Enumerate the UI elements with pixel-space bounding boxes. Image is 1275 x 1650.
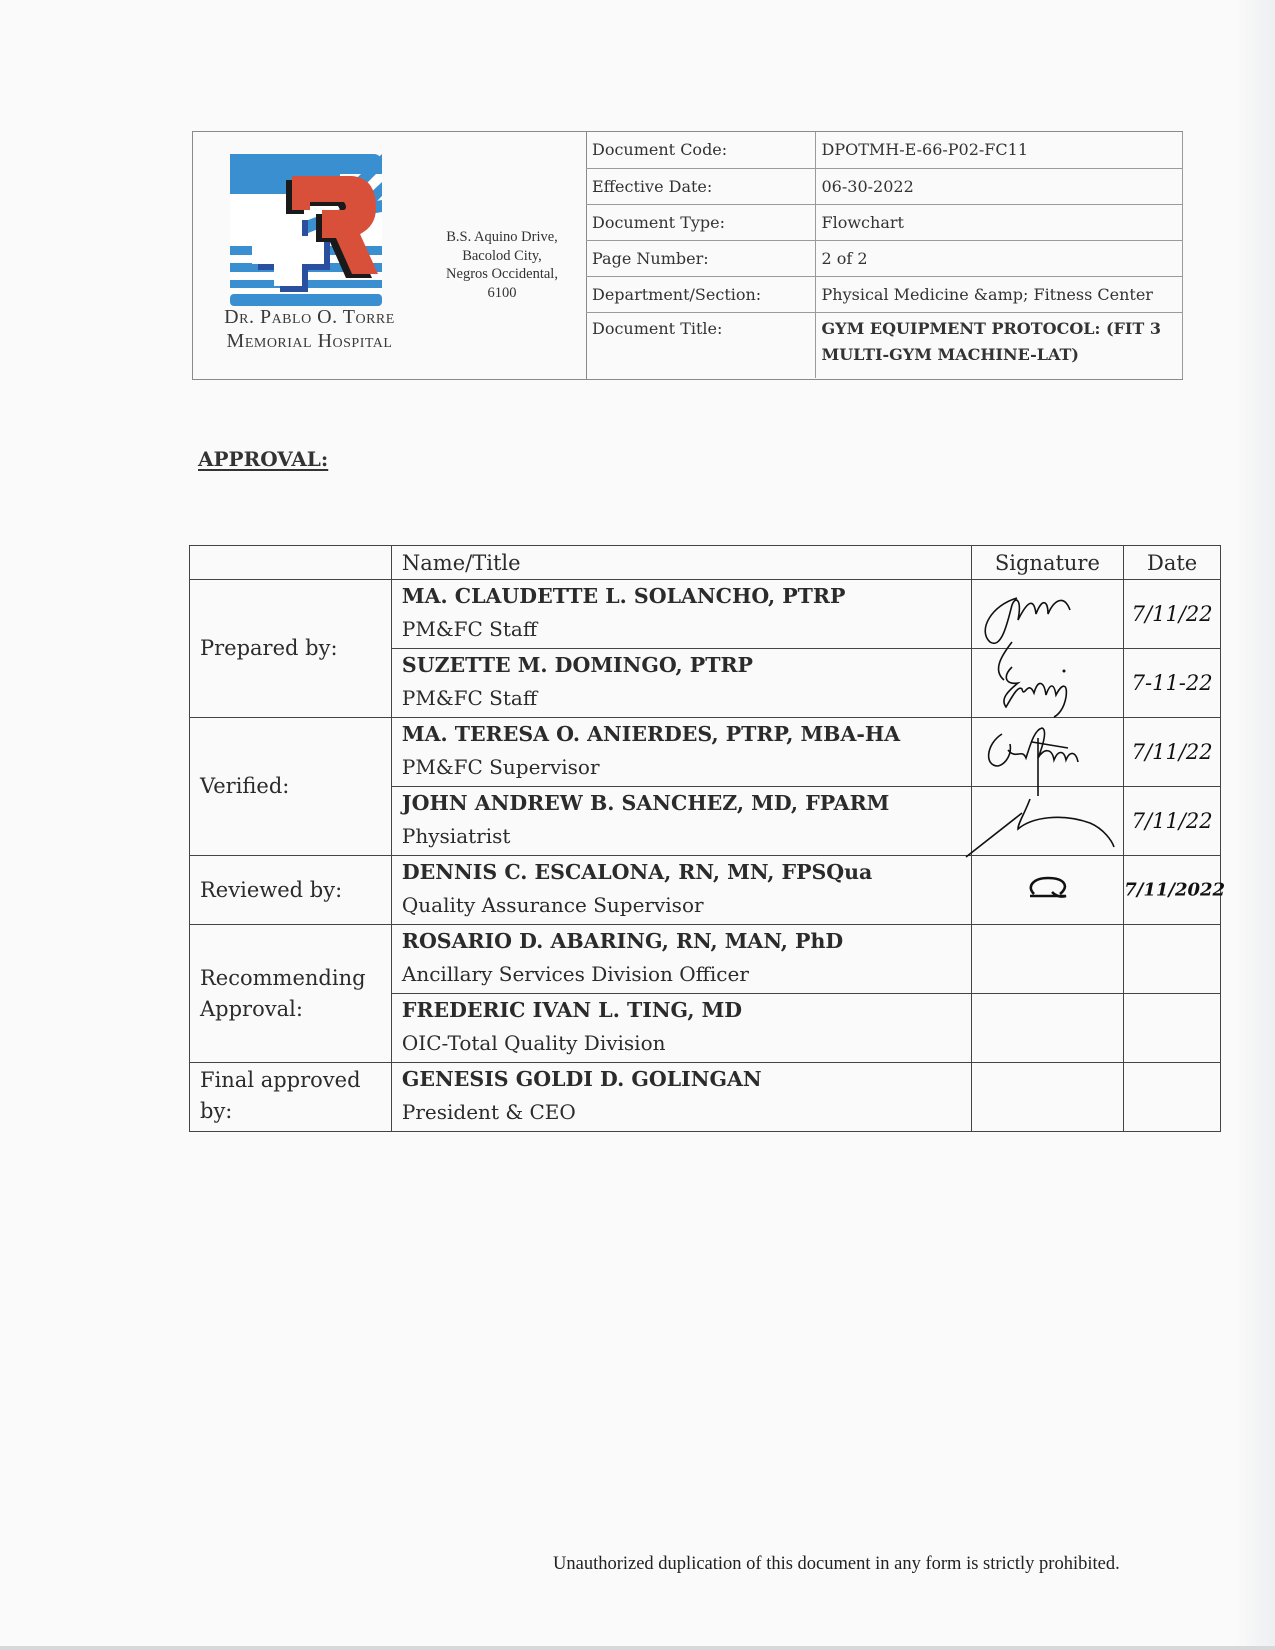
signatory: MA. TERESA O. ANIERDES, PTRP, MBA-HA PM&… [391, 718, 971, 787]
approval-table: Name/Title Signature Date Prepared by: M… [189, 545, 1221, 1132]
table-row: Reviewed by: DENNIS C. ESCALONA, RN, MN,… [190, 856, 1221, 925]
approval-heading: APPROVAL: [198, 447, 328, 471]
signature-cell-empty [971, 925, 1124, 994]
table-row: Recommending Approval: ROSARIO D. ABARIN… [190, 925, 1221, 994]
signatory: JOHN ANDREW B. SANCHEZ, MD, FPARM Physia… [391, 787, 971, 856]
role-recommending-approval: Recommending Approval: [190, 925, 392, 1063]
date-cell: 7/11/22 [1124, 787, 1221, 856]
date-cell-empty [1124, 994, 1221, 1063]
column-header-date: Date [1124, 546, 1221, 580]
meta-row-department: Department/Section: Physical Medicine &a… [586, 276, 1183, 312]
footer-notice: Unauthorized duplication of this documen… [553, 1554, 1120, 1575]
table-row: Verified: MA. TERESA O. ANIERDES, PTRP, … [190, 718, 1221, 787]
signatory: DENNIS C. ESCALONA, RN, MN, FPSQua Quali… [391, 856, 971, 925]
column-header-name-title: Name/Title [391, 546, 971, 580]
column-header-role [190, 546, 392, 580]
handwritten-signature-icon [972, 649, 1125, 718]
document-header: Dr. Pablo O. Torre Memorial Hospital B.S… [192, 131, 1183, 380]
date-cell: 7/11/22 [1124, 718, 1221, 787]
approval-header-row: Name/Title Signature Date [190, 546, 1221, 580]
signature-cell [971, 649, 1124, 718]
signatory: SUZETTE M. DOMINGO, PTRP PM&FC Staff [391, 649, 971, 718]
signature-cell [971, 856, 1124, 925]
hospital-identity: Dr. Pablo O. Torre Memorial Hospital B.S… [193, 132, 587, 379]
role-prepared-by: Prepared by: [190, 580, 392, 718]
signatory: GENESIS GOLDI D. GOLINGAN President & CE… [391, 1063, 971, 1132]
meta-row-document-code: Document Code: DPOTMH-E-66-P02-FC11 [586, 132, 1183, 168]
signature-cell [971, 787, 1124, 856]
table-row: Prepared by: MA. CLAUDETTE L. SOLANCHO, … [190, 580, 1221, 649]
signature-cell-empty [971, 1063, 1124, 1132]
handwritten-signature-icon [972, 580, 1125, 649]
document-meta-table: Document Code: DPOTMH-E-66-P02-FC11 Effe… [586, 132, 1183, 378]
role-reviewed-by: Reviewed by: [190, 856, 392, 925]
date-cell-empty [1124, 1063, 1221, 1132]
date-cell: 7/11/22 [1124, 580, 1221, 649]
date-cell: 7-11-22 [1124, 649, 1221, 718]
meta-row-document-type: Document Type: Flowchart [586, 204, 1183, 240]
handwritten-signature-icon [972, 856, 1125, 925]
signatory: MA. CLAUDETTE L. SOLANCHO, PTRP PM&FC St… [391, 580, 971, 649]
meta-row-document-title: Document Title: GYM EQUIPMENT PROTOCOL: … [586, 312, 1183, 378]
column-header-signature: Signature [971, 546, 1124, 580]
date-cell: 7/11/2022 [1124, 856, 1221, 925]
signatory: FREDERIC IVAN L. TING, MD OIC-Total Qual… [391, 994, 971, 1063]
meta-row-effective-date: Effective Date: 06-30-2022 [586, 168, 1183, 204]
meta-row-page-number: Page Number: 2 of 2 [586, 240, 1183, 276]
signature-cell-empty [971, 994, 1124, 1063]
date-cell-empty [1124, 925, 1221, 994]
signature-cell [971, 718, 1124, 787]
role-verified: Verified: [190, 718, 392, 856]
table-row: Final approved by: GENESIS GOLDI D. GOLI… [190, 1063, 1221, 1132]
page-edge-shadow [1235, 0, 1275, 1650]
handwritten-signature-icon [972, 787, 1125, 856]
page-bottom-edge [0, 1646, 1275, 1650]
hospital-name: Dr. Pablo O. Torre Memorial Hospital [197, 305, 422, 353]
handwritten-signature-icon [972, 718, 1125, 787]
hospital-address: B.S. Aquino Drive, Bacolod City, Negros … [423, 228, 581, 302]
signatory: ROSARIO D. ABARING, RN, MAN, PhD Ancilla… [391, 925, 971, 994]
hospital-logo-icon [230, 154, 387, 306]
signature-cell [971, 580, 1124, 649]
role-final-approved-by: Final approved by: [190, 1063, 392, 1132]
